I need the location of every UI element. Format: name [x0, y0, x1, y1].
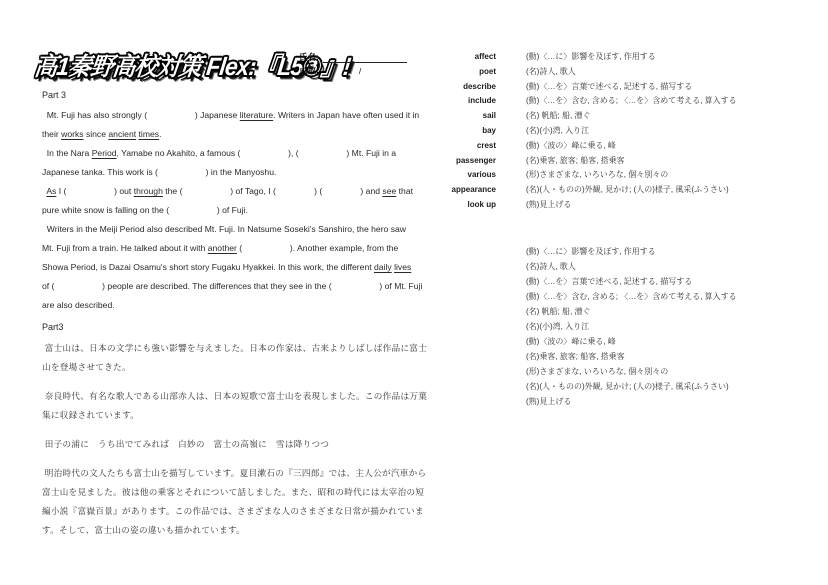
english-passage: Mt. Fuji has also strongly ( ) Japanese …	[42, 106, 422, 315]
vocab-word: affect	[440, 52, 496, 61]
vocab-word: passenger	[440, 156, 496, 165]
passage-line: Writers in the Meiji Period also describ…	[42, 220, 422, 239]
definitions-repeat-list: (動)〈…に〉影響を及ぼす, 作用する(名)詩人, 歌人(動)〈…を〉言葉で述べ…	[526, 244, 737, 409]
passage-line	[42, 377, 427, 387]
definition-line: (名) 帆船; 船, 漕ぐ	[526, 304, 737, 319]
vocab-definition: (動)〈…を〉言葉で述べる, 記述する, 描写する	[526, 81, 692, 92]
definition-line: (動)〈…を〉含む, 含める; 〈…を〉含めて考える, 算入する	[526, 289, 737, 304]
passage-line: of ( ) people are described. The differe…	[42, 277, 422, 296]
definition-line: (動)〈…に〉影響を及ぼす, 作用する	[526, 244, 737, 259]
vocab-definition: (形)さまざまな, いろいろな, 個々別々の	[526, 169, 668, 180]
vocab-word: describe	[440, 82, 496, 91]
passage-line: In the Nara Period, Yamabe no Akahito, a…	[42, 144, 422, 163]
vocab-row: various(形)さまざまな, いろいろな, 個々別々の	[440, 169, 737, 184]
score-slash: /	[359, 66, 361, 76]
vocabulary-list: affect(動)〈…に〉影響を及ぼす, 作用するpoet(名)詩人, 歌人de…	[440, 51, 737, 214]
vocab-definition: (動)〈…を〉含む, 含める; 〈…を〉含めて考える, 算入する	[526, 95, 737, 106]
vocab-word: various	[440, 170, 496, 179]
vocab-word: bay	[440, 126, 496, 135]
passage-line	[42, 425, 427, 435]
passage-line: Mt. Fuji from a train. He talked about i…	[42, 239, 422, 258]
name-label: 氏名:	[299, 51, 319, 63]
passage-line: 富士山は、日本の文学にも強い影響を与えました。日本の作家は、古来よりしばしば作品…	[42, 339, 427, 358]
passage-line: Mt. Fuji has also strongly ( ) Japanese …	[42, 106, 422, 125]
vocab-row: passenger(名)乗客, 旅客; 船客, 搭乗客	[440, 155, 737, 170]
vocab-word: look up	[440, 200, 496, 209]
vocab-word: sail	[440, 111, 496, 120]
vocab-word: poet	[440, 67, 496, 76]
name-blank-line	[323, 53, 407, 63]
vocab-row: poet(名)詩人, 歌人	[440, 66, 737, 81]
passage-line: 編小説『富嶽百景』があります。この作品では、さまざまな人のさまざまな日常が描かれ…	[42, 502, 427, 521]
definition-line: (名)(人・ものの)外観, 見かけ; (人の)様子, 風采(ふうさい)	[526, 379, 737, 394]
vocab-definition: (動)〈波の〉峰に乗る, 峰	[526, 140, 616, 151]
vocab-row: crest(動)〈波の〉峰に乗る, 峰	[440, 140, 737, 155]
vocab-definition: (名)乗客, 旅客; 船客, 搭乗客	[526, 155, 625, 166]
passage-line: 集に収録されています。	[42, 406, 427, 425]
passage-line	[42, 454, 427, 464]
definition-line: (名)(小)湾, 入り江	[526, 319, 737, 334]
vocab-row: look up(熟)見上げる	[440, 199, 737, 214]
part3-japanese-heading: Part3	[42, 322, 64, 332]
passage-line: 田子の浦に うち出でてみれば 白妙の 富士の高嶺に 雪は降りつつ	[42, 435, 427, 454]
vocab-row: include(動)〈…を〉含む, 含める; 〈…を〉含めて考える, 算入する	[440, 95, 737, 110]
definition-line: (動)〈波の〉峰に乗る, 峰	[526, 334, 737, 349]
vocab-row: appearance(名)(人・ものの)外観, 見かけ; (人の)様子, 風采(…	[440, 184, 737, 199]
definition-line: (名)詩人, 歌人	[526, 259, 737, 274]
vocab-word: crest	[440, 141, 496, 150]
vocab-definition: (熟)見上げる	[526, 199, 571, 210]
vocab-row: affect(動)〈…に〉影響を及ぼす, 作用する	[440, 51, 737, 66]
name-score-box: 氏名: 点数:/	[299, 50, 407, 76]
vocab-row: sail(名) 帆船; 船, 漕ぐ	[440, 110, 737, 125]
passage-line: 奈良時代、有名な歌人である山部赤人は、日本の短歌で富士山を表現しました。この作品…	[42, 387, 427, 406]
passage-line: As I ( ) out through the ( ) of Tago, I …	[42, 182, 422, 201]
vocab-word: appearance	[440, 185, 496, 194]
vocab-word: include	[440, 96, 496, 105]
definition-line: (名)乗客, 旅客; 船客, 搭乗客	[526, 349, 737, 364]
vocab-row: describe(動)〈…を〉言葉で述べる, 記述する, 描写する	[440, 81, 737, 96]
definition-line: (動)〈…を〉言葉で述べる, 記述する, 描写する	[526, 274, 737, 289]
passage-line: 明治時代の文人たちも富士山を描写しています。夏目漱石の『三四郎』では、主人公が汽…	[42, 464, 427, 483]
name-row: 氏名:	[299, 50, 407, 63]
part3-english-heading: Part 3	[42, 90, 66, 100]
passage-line: 富士山を見ました。彼は他の乗客とそれについて話しました。また、昭和の時代には太宰…	[42, 483, 427, 502]
vocab-definition: (名) 帆船; 船, 漕ぐ	[526, 110, 590, 121]
passage-line: Showa Period, is Dazai Osamu's short sto…	[42, 258, 422, 277]
score-label: 点数:	[299, 64, 319, 76]
passage-line: Japanese tanka. This work is ( ) in the …	[42, 163, 422, 182]
passage-line: are also described.	[42, 296, 422, 315]
vocab-definition: (名)詩人, 歌人	[526, 66, 576, 77]
vocab-definition: (名)(小)湾, 入り江	[526, 125, 589, 136]
definition-line: (熟)見上げる	[526, 394, 737, 409]
passage-line: す。そして、富士山の姿の違いも描かれています。	[42, 521, 427, 540]
passage-line: pure white snow is falling on the ( ) of…	[42, 201, 422, 220]
vocab-row: bay(名)(小)湾, 入り江	[440, 125, 737, 140]
vocab-definition: (動)〈…に〉影響を及ぼす, 作用する	[526, 51, 656, 62]
vocab-definition: (名)(人・ものの)外観, 見かけ; (人の)様子, 風采(ふうさい)	[526, 184, 729, 195]
passage-line: their works since ancient times.	[42, 125, 422, 144]
japanese-passage: 富士山は、日本の文学にも強い影響を与えました。日本の作家は、古来よりしばしば作品…	[42, 339, 427, 540]
passage-line: 山を登場させてきた。	[42, 358, 427, 377]
score-row: 点数:/	[299, 63, 407, 76]
definition-line: (形)さまざまな, いろいろな, 個々別々の	[526, 364, 737, 379]
